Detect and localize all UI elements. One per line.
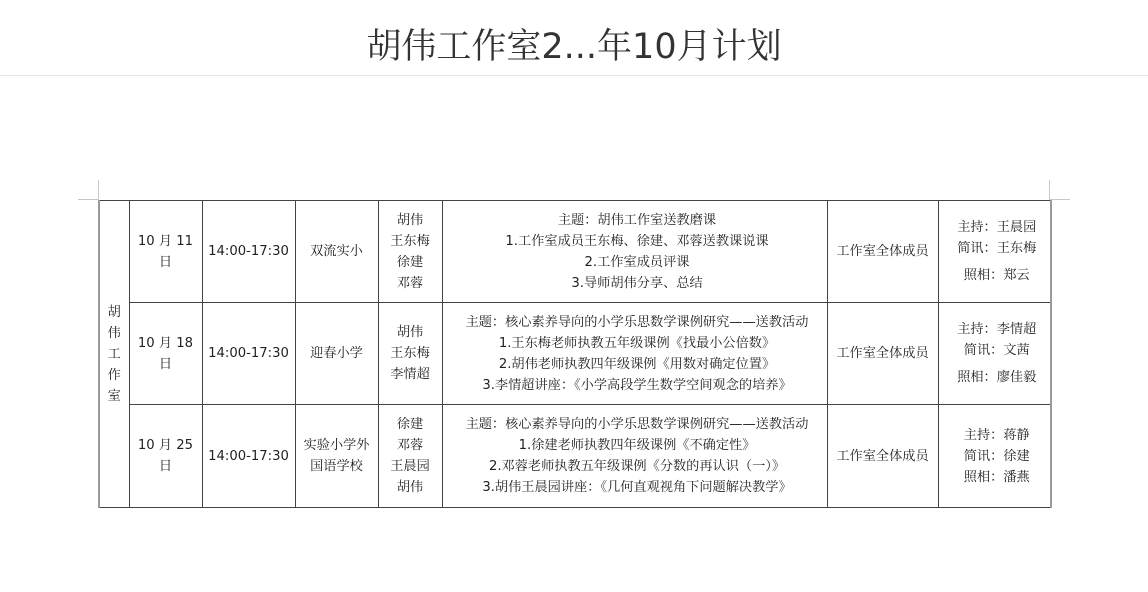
margin-corner-mark-right-vertical (1049, 180, 1050, 200)
margin-corner-mark-right-horizontal (1050, 199, 1070, 200)
people-cell: 胡伟 王东梅 李情超 (378, 303, 442, 405)
content-line: 2.邓蓉老师执教五年级课例《分数的再认识（一）》 (448, 456, 827, 477)
role-news: 简讯：王东梅 (944, 238, 1051, 259)
content-line: 2.工作室成员评课 (448, 252, 827, 273)
time-cell: 14:00-17:30 (202, 303, 295, 405)
date-text: 10 月 18 (130, 333, 202, 354)
role-host: 主持：王晨园 (944, 217, 1051, 238)
table-row: 10 月 18 日 14:00-17:30 迎春小学 胡伟 王东梅 李情超 主题… (99, 303, 1051, 405)
content-line: 1.工作室成员王东梅、徐建、邓蓉送教课说课 (448, 231, 827, 252)
plan-table: 胡 伟 工 作 室 10 月 11 日 14:00-17:30 双流实小 胡伟 … (98, 200, 1052, 508)
person-name: 邓蓉 (379, 273, 442, 294)
participants-cell: 工作室全体成员 (827, 201, 938, 303)
person-name: 王东梅 (379, 231, 442, 252)
date-text: 日 (130, 252, 202, 273)
content-line: 1.徐建老师执教四年级课例《不确定性》 (448, 435, 827, 456)
content-cell: 主题：胡伟工作室送教磨课 1.工作室成员王东梅、徐建、邓蓉送教课说课 2.工作室… (442, 201, 827, 303)
role-host: 主持：蒋静 (944, 425, 1051, 446)
location-text: 迎春小学 (296, 343, 378, 364)
document-title: 胡伟工作室2...年10月计划 (0, 24, 1148, 70)
group-label-char: 室 (107, 386, 121, 407)
date-text: 日 (130, 354, 202, 375)
group-label-cell: 胡 伟 工 作 室 (99, 201, 129, 508)
person-name: 王东梅 (379, 343, 442, 364)
margin-corner-mark-left-horizontal (78, 199, 98, 200)
margin-corner-mark-left-vertical (98, 180, 99, 200)
location-cell: 实验小学外 国语学校 (295, 405, 378, 508)
location-text: 国语学校 (296, 456, 378, 477)
people-cell: 徐建 邓蓉 王晨园 胡伟 (378, 405, 442, 508)
group-label-char: 胡 (107, 302, 121, 323)
roles-cell: 主持：蒋静 简讯：徐建 照相：潘燕 (938, 405, 1051, 508)
content-line: 主题：核心素养导向的小学乐思数学课例研究——送教活动 (448, 414, 827, 435)
time-cell: 14:00-17:30 (202, 201, 295, 303)
content-line: 2.胡伟老师执教四年级课例《用数对确定位置》 (448, 354, 827, 375)
date-cell: 10 月 25 日 (129, 405, 202, 508)
location-cell: 双流实小 (295, 201, 378, 303)
role-photo: 照相：郑云 (944, 265, 1051, 286)
roles-cell: 主持：王晨园 简讯：王东梅 照相：郑云 (938, 201, 1051, 303)
content-line: 主题：核心素养导向的小学乐思数学课例研究——送教活动 (448, 312, 827, 333)
table-row: 10 月 25 日 14:00-17:30 实验小学外 国语学校 徐建 邓蓉 王… (99, 405, 1051, 508)
role-photo: 照相：廖佳毅 (944, 367, 1051, 388)
group-label-char: 作 (107, 365, 121, 386)
content-cell: 主题：核心素养导向的小学乐思数学课例研究——送教活动 1.徐建老师执教四年级课例… (442, 405, 827, 508)
role-host: 主持：李情超 (944, 319, 1051, 340)
table-row: 胡 伟 工 作 室 10 月 11 日 14:00-17:30 双流实小 胡伟 … (99, 201, 1051, 303)
person-name: 徐建 (379, 252, 442, 273)
person-name: 王晨园 (379, 456, 442, 477)
participants-cell: 工作室全体成员 (827, 303, 938, 405)
location-cell: 迎春小学 (295, 303, 378, 405)
person-name: 李情超 (379, 364, 442, 385)
roles-cell: 主持：李情超 简讯：文茜 照相：廖佳毅 (938, 303, 1051, 405)
content-line: 1.王东梅老师执教五年级课例《找最小公倍数》 (448, 333, 827, 354)
date-text: 10 月 25 (130, 435, 202, 456)
role-news: 简讯：徐建 (944, 446, 1051, 467)
group-label-char: 工 (107, 344, 121, 365)
location-text: 双流实小 (296, 241, 378, 262)
role-news: 简讯：文茜 (944, 340, 1051, 361)
people-cell: 胡伟 王东梅 徐建 邓蓉 (378, 201, 442, 303)
date-cell: 10 月 18 日 (129, 303, 202, 405)
person-name: 徐建 (379, 414, 442, 435)
person-name: 胡伟 (379, 477, 442, 498)
content-line: 3.导师胡伟分享、总结 (448, 273, 827, 294)
date-cell: 10 月 11 日 (129, 201, 202, 303)
date-text: 10 月 11 (130, 231, 202, 252)
person-name: 胡伟 (379, 322, 442, 343)
group-label-char: 伟 (107, 323, 121, 344)
date-text: 日 (130, 456, 202, 477)
document-header: 胡伟工作室2...年10月计划 (0, 0, 1148, 76)
content-line: 3.胡伟王晨园讲座：《几何直观视角下问题解决教学》 (448, 477, 827, 498)
person-name: 胡伟 (379, 210, 442, 231)
role-photo: 照相：潘燕 (944, 467, 1051, 488)
group-label: 胡 伟 工 作 室 (107, 302, 121, 407)
participants-cell: 工作室全体成员 (827, 405, 938, 508)
content-cell: 主题：核心素养导向的小学乐思数学课例研究——送教活动 1.王东梅老师执教五年级课… (442, 303, 827, 405)
content-line: 3.李情超讲座：《小学高段学生数学空间观念的培养》 (448, 375, 827, 396)
location-text: 实验小学外 (296, 435, 378, 456)
person-name: 邓蓉 (379, 435, 442, 456)
content-line: 主题：胡伟工作室送教磨课 (448, 210, 827, 231)
time-cell: 14:00-17:30 (202, 405, 295, 508)
